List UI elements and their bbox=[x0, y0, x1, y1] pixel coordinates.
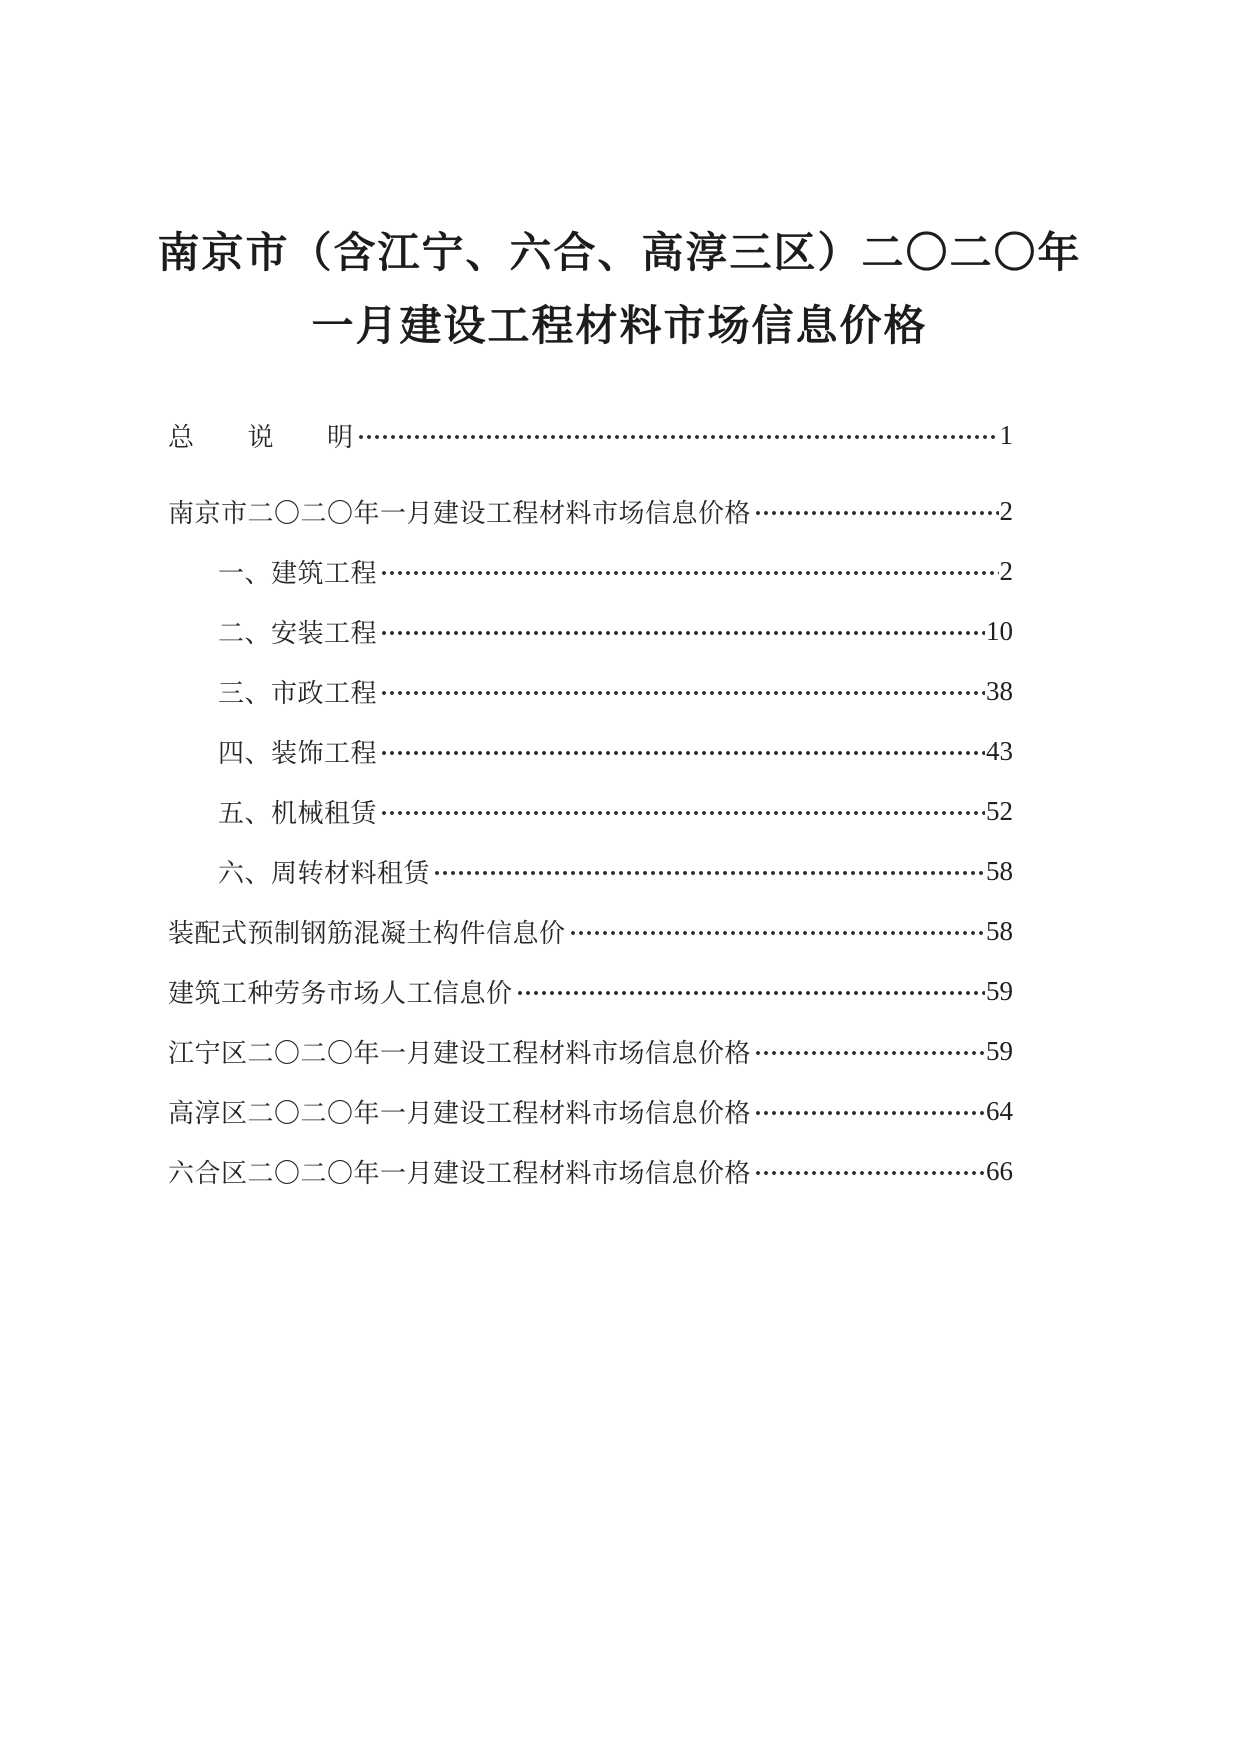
toc-entry-label: 建筑工种劳务市场人工信息价 bbox=[168, 973, 513, 1010]
toc-entry-label: 六、周转材料租赁 bbox=[218, 853, 430, 890]
toc-entry-label: 四、装饰工程 bbox=[218, 733, 377, 770]
document-title: 南京市（含江宁、六合、高淳三区）二〇二〇年 一月建设工程材料市场信息价格 bbox=[0, 218, 1239, 364]
toc-entry-page-number: 1 bbox=[1000, 420, 1014, 451]
toc-entry: 一、建筑工程 2 bbox=[168, 541, 1013, 601]
toc-entry-page-number: 58 bbox=[986, 916, 1013, 947]
toc-entry-label: 总 说 明 bbox=[168, 417, 354, 454]
dotted-leader bbox=[754, 1040, 985, 1066]
dotted-leader bbox=[357, 424, 999, 450]
document-page: 南京市（含江宁、六合、高淳三区）二〇二〇年 一月建设工程材料市场信息价格 总 说… bbox=[0, 0, 1239, 1754]
toc-entry-label: 装配式预制钢筋混凝土构件信息价 bbox=[168, 913, 566, 950]
dotted-leader bbox=[380, 680, 985, 706]
dotted-leader bbox=[380, 560, 998, 586]
toc-entry: 四、装饰工程 43 bbox=[168, 721, 1013, 781]
table-of-contents: 总 说 明 1 南京市二〇二〇年一月建设工程材料市场信息价格 2 一、建筑工程 … bbox=[168, 405, 1013, 1201]
toc-entry-label: 高淳区二〇二〇年一月建设工程材料市场信息价格 bbox=[168, 1093, 751, 1130]
toc-entry: 南京市二〇二〇年一月建设工程材料市场信息价格 2 bbox=[168, 481, 1013, 541]
toc-entry-label: 五、机械租赁 bbox=[218, 793, 377, 830]
toc-entry: 三、市政工程 38 bbox=[168, 661, 1013, 721]
toc-entry-label: 江宁区二〇二〇年一月建设工程材料市场信息价格 bbox=[168, 1033, 751, 1070]
toc-entry: 建筑工种劳务市场人工信息价 59 bbox=[168, 961, 1013, 1021]
document-title-line-1: 南京市（含江宁、六合、高淳三区）二〇二〇年 bbox=[0, 218, 1239, 291]
toc-entry-page-number: 38 bbox=[986, 676, 1013, 707]
dotted-leader bbox=[380, 800, 985, 826]
dotted-leader bbox=[380, 740, 985, 766]
toc-entry-page-number: 52 bbox=[986, 796, 1013, 827]
dotted-leader bbox=[754, 500, 998, 526]
toc-entry-page-number: 43 bbox=[986, 736, 1013, 767]
dotted-leader bbox=[754, 1160, 985, 1186]
toc-entry-page-number: 66 bbox=[986, 1156, 1013, 1187]
toc-entry-page-number: 58 bbox=[986, 856, 1013, 887]
toc-entry-label: 南京市二〇二〇年一月建设工程材料市场信息价格 bbox=[168, 493, 751, 530]
document-title-line-2: 一月建设工程材料市场信息价格 bbox=[0, 291, 1239, 364]
toc-entry: 总 说 明 1 bbox=[168, 405, 1013, 465]
toc-entry-page-number: 2 bbox=[1000, 556, 1014, 587]
toc-entry-label: 一、建筑工程 bbox=[218, 553, 377, 590]
toc-entry: 装配式预制钢筋混凝土构件信息价 58 bbox=[168, 901, 1013, 961]
toc-entry: 高淳区二〇二〇年一月建设工程材料市场信息价格 64 bbox=[168, 1081, 1013, 1141]
toc-entry: 二、安装工程 10 bbox=[168, 601, 1013, 661]
toc-entry-page-number: 59 bbox=[986, 976, 1013, 1007]
dotted-leader bbox=[433, 860, 985, 886]
dotted-leader bbox=[516, 980, 985, 1006]
dotted-leader bbox=[754, 1100, 985, 1126]
toc-entry-label: 三、市政工程 bbox=[218, 673, 377, 710]
toc-entry: 六、周转材料租赁 58 bbox=[168, 841, 1013, 901]
toc-entry-page-number: 10 bbox=[986, 616, 1013, 647]
toc-entry-page-number: 2 bbox=[1000, 496, 1014, 527]
toc-entry-label: 六合区二〇二〇年一月建设工程材料市场信息价格 bbox=[168, 1153, 751, 1190]
dotted-leader bbox=[569, 920, 985, 946]
toc-entry: 江宁区二〇二〇年一月建设工程材料市场信息价格 59 bbox=[168, 1021, 1013, 1081]
toc-entry: 六合区二〇二〇年一月建设工程材料市场信息价格 66 bbox=[168, 1141, 1013, 1201]
toc-entry-label: 二、安装工程 bbox=[218, 613, 377, 650]
toc-entry: 五、机械租赁 52 bbox=[168, 781, 1013, 841]
toc-entry-page-number: 64 bbox=[986, 1096, 1013, 1127]
toc-entry-page-number: 59 bbox=[986, 1036, 1013, 1067]
dotted-leader bbox=[380, 620, 985, 646]
